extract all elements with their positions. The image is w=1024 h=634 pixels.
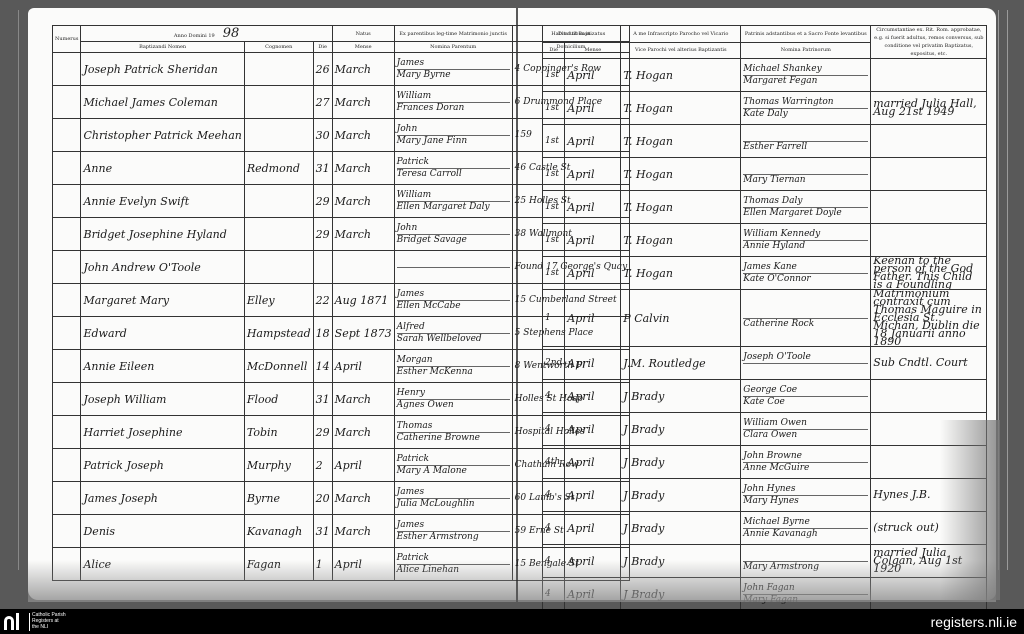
table-row: 4AprilJ BradyWilliam OwenClara Owen [543,413,987,446]
baptism-month: April [565,224,621,257]
mother-name: Sarah Wellbeloved [397,334,510,345]
minister: J Brady [621,512,741,545]
surname: Tobin [244,416,313,449]
baptism-day: 1st [543,224,565,257]
header-baptizandi-nomen: Baptizandi Nomen [81,42,244,53]
birth-day: 2 [313,449,332,482]
minister: T. Hogan [621,59,741,92]
sponsors: Michael ByrneAnnie Kavanagh [741,512,871,545]
godmother-name [743,364,868,375]
entry-number [53,383,81,416]
baptism-day: 4 [543,479,565,512]
notes [871,224,987,257]
notes [871,191,987,224]
header-dies: Die [543,42,565,59]
entry-number [53,152,81,185]
entry-number [53,416,81,449]
godmother-name: Mary Tiernan [743,175,868,186]
table-row: 1stAprilT. HoganJames KaneKate O'ConnorK… [543,257,987,290]
header-minister: A me Infrascripto Parocho vel Vicario [621,26,741,43]
header-anno-domini: Anno Domini 1998 [81,26,332,42]
birth-month: March [332,86,394,119]
father-name: Henry [397,388,510,400]
father-name: Alfred [397,322,510,334]
sponsors: Thomas DalyEllen Margaret Doyle [741,191,871,224]
baptism-month: April [565,125,621,158]
baptism-day: 1st [543,158,565,191]
entry-number [53,185,81,218]
table-row: 1AprilP Calvin Catherine RockMatrimonium… [543,290,987,347]
entry-number [53,317,81,350]
baptism-month: April [565,512,621,545]
godmother-name: Margaret Fegan [743,76,868,87]
parents: AlfredSarah Wellbeloved [394,317,512,350]
entry-number [53,284,81,317]
minister: T. Hogan [621,125,741,158]
parents: PatrickTeresa Carroll [394,152,512,185]
baptized-name: Margaret Mary [81,284,244,317]
surname [244,251,313,284]
mother-name: Julia McLoughlin [397,499,510,510]
father-name: James [397,58,510,70]
godfather-name: Joseph O'Toole [743,352,868,364]
notes: Sub Cndtl. Court [871,347,987,380]
father-name [397,256,510,268]
baptism-day: 2nd [543,347,565,380]
father-name: William [397,91,510,103]
mother-name: Mary Byrne [397,70,510,81]
godfather-name: William Owen [743,418,868,430]
header-dies: Die [313,42,332,53]
sponsors: Michael ShankeyMargaret Fegan [741,59,871,92]
mother-name: Esther McKenna [397,367,510,378]
father-name: John [397,124,510,136]
header-parentum-nomina: Nomina Parentum [394,42,512,53]
godmother-name: Kate Daly [743,109,868,120]
nli-logo-icon [4,613,26,630]
entry-number [53,251,81,284]
parents: PatrickMary A Malone [394,449,512,482]
minister: T. Hogan [621,224,741,257]
godfather-name: Michael Byrne [743,517,868,529]
parents [394,251,512,284]
baptism-day: 4 [543,380,565,413]
table-row: 1stAprilT. Hogan Esther Farrell [543,125,987,158]
year-value: 98 [223,26,240,41]
surname: Redmond [244,152,313,185]
surname: McDonnell [244,350,313,383]
mother-name: Frances Doran [397,103,510,114]
sponsors: John BrowneAnne McGuire [741,446,871,479]
father-name: Patrick [397,157,510,169]
father-name: James [397,520,510,532]
sponsors: William OwenClara Owen [741,413,871,446]
birth-day [313,251,332,284]
godfather-name [743,163,868,175]
parents: JamesMary Byrne [394,53,512,86]
header-patrini-sub: Nomina Patrinorum [741,42,871,59]
minister: T. Hogan [621,191,741,224]
birth-month: March [332,53,394,86]
baptized-name: Harriet Josephine [81,416,244,449]
surname [244,119,313,152]
godmother-name: Annie Kavanagh [743,529,868,540]
mother-name: Bridget Savage [397,235,510,246]
surname: Elley [244,284,313,317]
birth-month: March [332,515,394,548]
page-stain [940,420,1000,600]
baptism-day: 1 [543,290,565,347]
birth-day: 27 [313,86,332,119]
baptism-month: April [565,92,621,125]
document-viewer[interactable]: Numerus Anno Domini 1998 Natus Ex parent… [0,0,1024,609]
minister: J Brady [621,413,741,446]
table-row: 4AprilJ BradyJohn HynesMary HynesHynes J… [543,479,987,512]
father-name: Morgan [397,355,510,367]
entry-number [53,515,81,548]
surname: Murphy [244,449,313,482]
birth-month: March [332,416,394,449]
baptism-day: 4 [543,512,565,545]
birth-day: 22 [313,284,332,317]
entry-number [53,449,81,482]
birth-day: 29 [313,218,332,251]
godfather-name [743,130,868,142]
father-name: John [397,223,510,235]
page-stain [28,560,516,602]
birth-month: March [332,185,394,218]
birth-day: 20 [313,482,332,515]
birth-month: April [332,449,394,482]
header-mense: Mense [332,42,394,53]
entry-number [53,482,81,515]
header-patrini: Patrinis adstantibus et a Sacro Fonte le… [741,26,871,43]
parents: JohnBridget Savage [394,218,512,251]
surname [244,86,313,119]
table-row: 1stAprilT. HoganThomas DalyEllen Margare… [543,191,987,224]
sponsors: Mary Tiernan [741,158,871,191]
birth-month: March [332,218,394,251]
table-row: 4AprilJ BradyGeorge CoeKate Coe [543,380,987,413]
baptism-day: 1st [543,125,565,158]
godfather-name: John Hynes [743,484,868,496]
birth-day: 29 [313,416,332,449]
baptism-register-right: Die fuit Baptizatus A me Infrascripto Pa… [542,25,987,611]
mother-name: Ellen McCabe [397,301,510,312]
baptism-day: 1st [543,92,565,125]
minister: T. Hogan [621,158,741,191]
minister: J Brady [621,380,741,413]
birth-day: 31 [313,383,332,416]
notes [871,380,987,413]
mother-name: Esther Armstrong [397,532,510,543]
baptized-name: Denis [81,515,244,548]
entry-number [53,119,81,152]
baptism-month: April [565,191,621,224]
entry-number [53,218,81,251]
footer-bar [0,609,1024,634]
notes [871,125,987,158]
surname: Kavanagh [244,515,313,548]
birth-day: 31 [313,515,332,548]
header-cognomen: Cognomen [244,42,313,53]
baptized-name: Michael James Coleman [81,86,244,119]
father-name: William [397,190,510,202]
notes: Matrimonium contraxit cum Thomas Maguire… [871,290,987,347]
entry-number [53,86,81,119]
birth-month: March [332,152,394,185]
anno-domini-label: Anno Domini 19 [174,33,215,39]
godmother-name: Kate Coe [743,397,868,408]
sponsors: Catherine Rock [741,290,871,347]
table-row: 1stAprilT. HoganMichael ShankeyMargaret … [543,59,987,92]
site-link[interactable]: registers.nli.ie [931,614,1017,630]
table-row: 4AprilJ BradyMichael ByrneAnnie Kavanagh… [543,512,987,545]
birth-month: March [332,482,394,515]
godfather-name: Thomas Warrington [743,97,868,109]
parents: WilliamEllen Margaret Daly [394,185,512,218]
godfather-name: George Coe [743,385,868,397]
notes: married Julia Hall, Aug 21st 1949 [871,92,987,125]
parents: ThomasCatherine Browne [394,416,512,449]
godfather-name [743,307,868,319]
baptized-name: Edward [81,317,244,350]
godfather-name: William Kennedy [743,229,868,241]
surname: Hampstead [244,317,313,350]
parents: JohnMary Jane Finn [394,119,512,152]
logo-divider [29,613,30,631]
minister: T. Hogan [621,257,741,290]
baptized-name: Joseph William [81,383,244,416]
header-die-baptismi: Die fuit Baptizatus [543,26,621,43]
birth-day: 31 [313,152,332,185]
entry-number [53,350,81,383]
baptism-month: April [565,257,621,290]
birth-month: March [332,383,394,416]
baptism-month: April [565,479,621,512]
father-name: Thomas [397,421,510,433]
birth-day: 29 [313,185,332,218]
notes [871,59,987,92]
godfather-name: Michael Shankey [743,64,868,76]
baptized-name: Joseph Patrick Sheridan [81,53,244,86]
sponsors: Joseph O'Toole [741,347,871,380]
godmother-name: Catherine Rock [743,319,868,330]
minister: J Brady [621,479,741,512]
mother-name [397,268,510,279]
surname: Byrne [244,482,313,515]
sponsors: William KennedyAnnie Hyland [741,224,871,257]
godmother-name: Ellen Margaret Doyle [743,208,868,219]
baptized-name: John Andrew O'Toole [81,251,244,284]
minister: T. Hogan [621,92,741,125]
baptism-day: 4th [543,446,565,479]
parents: WilliamFrances Doran [394,86,512,119]
godmother-name: Annie Hyland [743,241,868,252]
father-name: James [397,289,510,301]
baptized-name: James Joseph [81,482,244,515]
birth-day: 18 [313,317,332,350]
baptized-name: Bridget Josephine Hyland [81,218,244,251]
baptism-day: 1st [543,257,565,290]
logo-text: Catholic Parish Registers at the NLI [32,612,92,630]
baptism-month: April [565,290,621,347]
birth-month: Sept 1873 [332,317,394,350]
baptism-month: April [565,347,621,380]
minister: J.M. Routledge [621,347,741,380]
baptism-month: April [565,158,621,191]
godfather-name: Thomas Daly [743,196,868,208]
birth-day: 26 [313,53,332,86]
minister: J Brady [621,446,741,479]
birth-day: 14 [313,350,332,383]
birth-day: 30 [313,119,332,152]
birth-month: April [332,350,394,383]
godfather-name: John Browne [743,451,868,463]
sponsors: Esther Farrell [741,125,871,158]
surname [244,218,313,251]
mother-name: Agnes Owen [397,400,510,411]
parents: MorganEsther McKenna [394,350,512,383]
mother-name: Mary A Malone [397,466,510,477]
notes: Keenan to the person of the God Father. … [871,257,987,290]
header-circumstantiae: Circumstantiae ex. Rit. Rom. approbatae,… [871,26,987,59]
surname: Flood [244,383,313,416]
surname [244,53,313,86]
father-name: Patrick [397,454,510,466]
entry-number [53,53,81,86]
baptism-month: April [565,59,621,92]
notes [871,158,987,191]
mother-name: Catherine Browne [397,433,510,444]
surname [244,185,313,218]
sponsors: John HynesMary Hynes [741,479,871,512]
table-row: 1stAprilT. Hogan Mary Tiernan [543,158,987,191]
baptism-month: April [565,446,621,479]
header-mense: Mense [565,42,621,59]
baptism-month: April [565,413,621,446]
baptism-day: 4 [543,413,565,446]
table-row: 4thAprilJ BradyJohn BrowneAnne McGuire [543,446,987,479]
table-row: 2ndAprilJ.M. RoutledgeJoseph O'Toole Sub… [543,347,987,380]
baptized-name: Patrick Joseph [81,449,244,482]
birth-month: Aug 1871 [332,284,394,317]
sponsors: James KaneKate O'Connor [741,257,871,290]
mother-name: Mary Jane Finn [397,136,510,147]
parents: JamesEllen McCabe [394,284,512,317]
godmother-name: Mary Hynes [743,496,868,507]
godmother-name: Kate O'Connor [743,274,868,285]
godfather-name: James Kane [743,262,868,274]
godmother-name: Anne McGuire [743,463,868,474]
parents: JamesEsther Armstrong [394,515,512,548]
baptism-month: April [565,380,621,413]
header-natus: Natus [332,26,394,42]
mother-name: Teresa Carroll [397,169,510,180]
father-name: James [397,487,510,499]
baptized-name: Anne [81,152,244,185]
header-number: Numerus [53,26,81,53]
header-minister-sub: Vice Parochi vel alterius Baptizantis [621,42,741,59]
page-stain [518,560,996,602]
sponsors: George CoeKate Coe [741,380,871,413]
baptism-day: 1st [543,59,565,92]
godmother-name: Esther Farrell [743,142,868,153]
baptism-day: 1st [543,191,565,224]
mother-name: Ellen Margaret Daly [397,202,510,213]
header-parentes: Ex parentibus leg-time Matrimonio juncti… [394,26,512,42]
godmother-name: Clara Owen [743,430,868,441]
parents: HenryAgnes Owen [394,383,512,416]
baptized-name: Annie Eileen [81,350,244,383]
parents: JamesJulia McLoughlin [394,482,512,515]
sponsors: Thomas WarringtonKate Daly [741,92,871,125]
baptized-name: Annie Evelyn Swift [81,185,244,218]
birth-month [332,251,394,284]
birth-month: March [332,119,394,152]
table-row: 1stAprilT. HoganThomas WarringtonKate Da… [543,92,987,125]
table-row: 1stAprilT. HoganWilliam KennedyAnnie Hyl… [543,224,987,257]
minister: P Calvin [621,290,741,347]
baptized-name: Christopher Patrick Meehan [81,119,244,152]
